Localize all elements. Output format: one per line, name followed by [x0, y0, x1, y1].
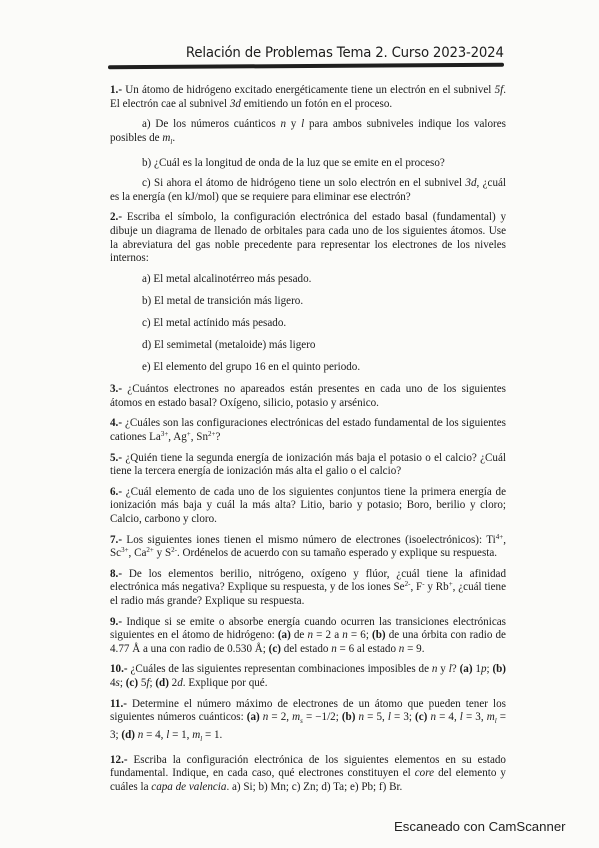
question-5-text: ¿Quién tiene la segunda energía de ioniz… — [110, 452, 506, 478]
question-8: 8.- De los elementos berilio, nitrógeno,… — [110, 568, 506, 609]
question-1: 1.- Un átomo de hidrógeno excitado energ… — [110, 84, 506, 111]
question-1b: b) ¿Cuál es la longitud de onda de la lu… — [110, 157, 506, 171]
question-3-text: ¿Cuántos electrones no apareados están p… — [110, 383, 506, 409]
question-2-item: e) El elemento del grupo 16 en el quinto… — [142, 361, 506, 375]
header-rule — [108, 63, 504, 69]
question-1c: c) Si ahora el átomo de hidrógeno tiene … — [110, 177, 506, 204]
question-7: 7.- Los siguientes iones tienen el mismo… — [110, 534, 506, 561]
question-9: 9.- Indique si se emite o absorbe energí… — [110, 616, 506, 657]
question-10-text: ¿Cuáles de las siguientes representan co… — [110, 663, 506, 689]
problem-list: 1.- Un átomo de hidrógeno excitado energ… — [110, 84, 506, 802]
question-6-text: ¿Cuál elemento de cada uno de los siguie… — [110, 486, 506, 525]
question-10: 10.- ¿Cuáles de las siguientes represent… — [110, 663, 506, 690]
question-7-text: Los siguientes iones tienen el mismo núm… — [110, 534, 506, 560]
question-2-item: c) El metal actínido más pesado. — [142, 317, 506, 331]
scanned-page: Relación de Problemas Tema 2. Curso 2023… — [0, 0, 599, 848]
question-3: 3.- ¿Cuántos electrones no apareados est… — [110, 383, 506, 410]
document-title: Relación de Problemas Tema 2. Curso 2023… — [186, 44, 504, 62]
question-6: 6.- ¿Cuál elemento de cada uno de los si… — [110, 486, 506, 527]
question-4: 4.- ¿Cuáles son las configuraciones elec… — [110, 417, 506, 444]
question-9-text: Indique si se emite o absorbe energía cu… — [110, 616, 506, 655]
question-1-text: Un átomo de hidrógeno excitado energétic… — [110, 84, 506, 110]
question-12: 12.- Escriba la configuración electrónic… — [110, 754, 506, 795]
question-2-text: Escriba el símbolo, la configuración ele… — [110, 211, 506, 264]
question-2-item: a) El metal alcalinotérreo más pesado. — [142, 273, 506, 287]
question-1a: a) De los números cuánticos n y l para a… — [110, 118, 506, 149]
question-8-text: De los elementos berilio, nitrógeno, oxí… — [110, 568, 506, 607]
question-11: 11.- Determine el número máximo de elect… — [110, 698, 506, 747]
question-12-text: Escriba la configuración electrónica de … — [110, 754, 506, 793]
question-11-text: Determine el número máximo de electrones… — [110, 698, 506, 741]
question-2-item: b) El metal de transición más ligero. — [142, 295, 506, 309]
question-5: 5.- ¿Quién tiene la segunda energía de i… — [110, 452, 506, 479]
question-2: 2.- Escriba el símbolo, la configuración… — [110, 211, 506, 265]
question-4-text: ¿Cuáles son las configuraciones electrón… — [110, 417, 506, 443]
camscanner-watermark: Escaneado con CamScanner — [394, 819, 566, 834]
question-2-item: d) El semimetal (metaloide) más ligero — [142, 339, 506, 353]
document-header: Relación de Problemas Tema 2. Curso 2023… — [108, 44, 504, 62]
